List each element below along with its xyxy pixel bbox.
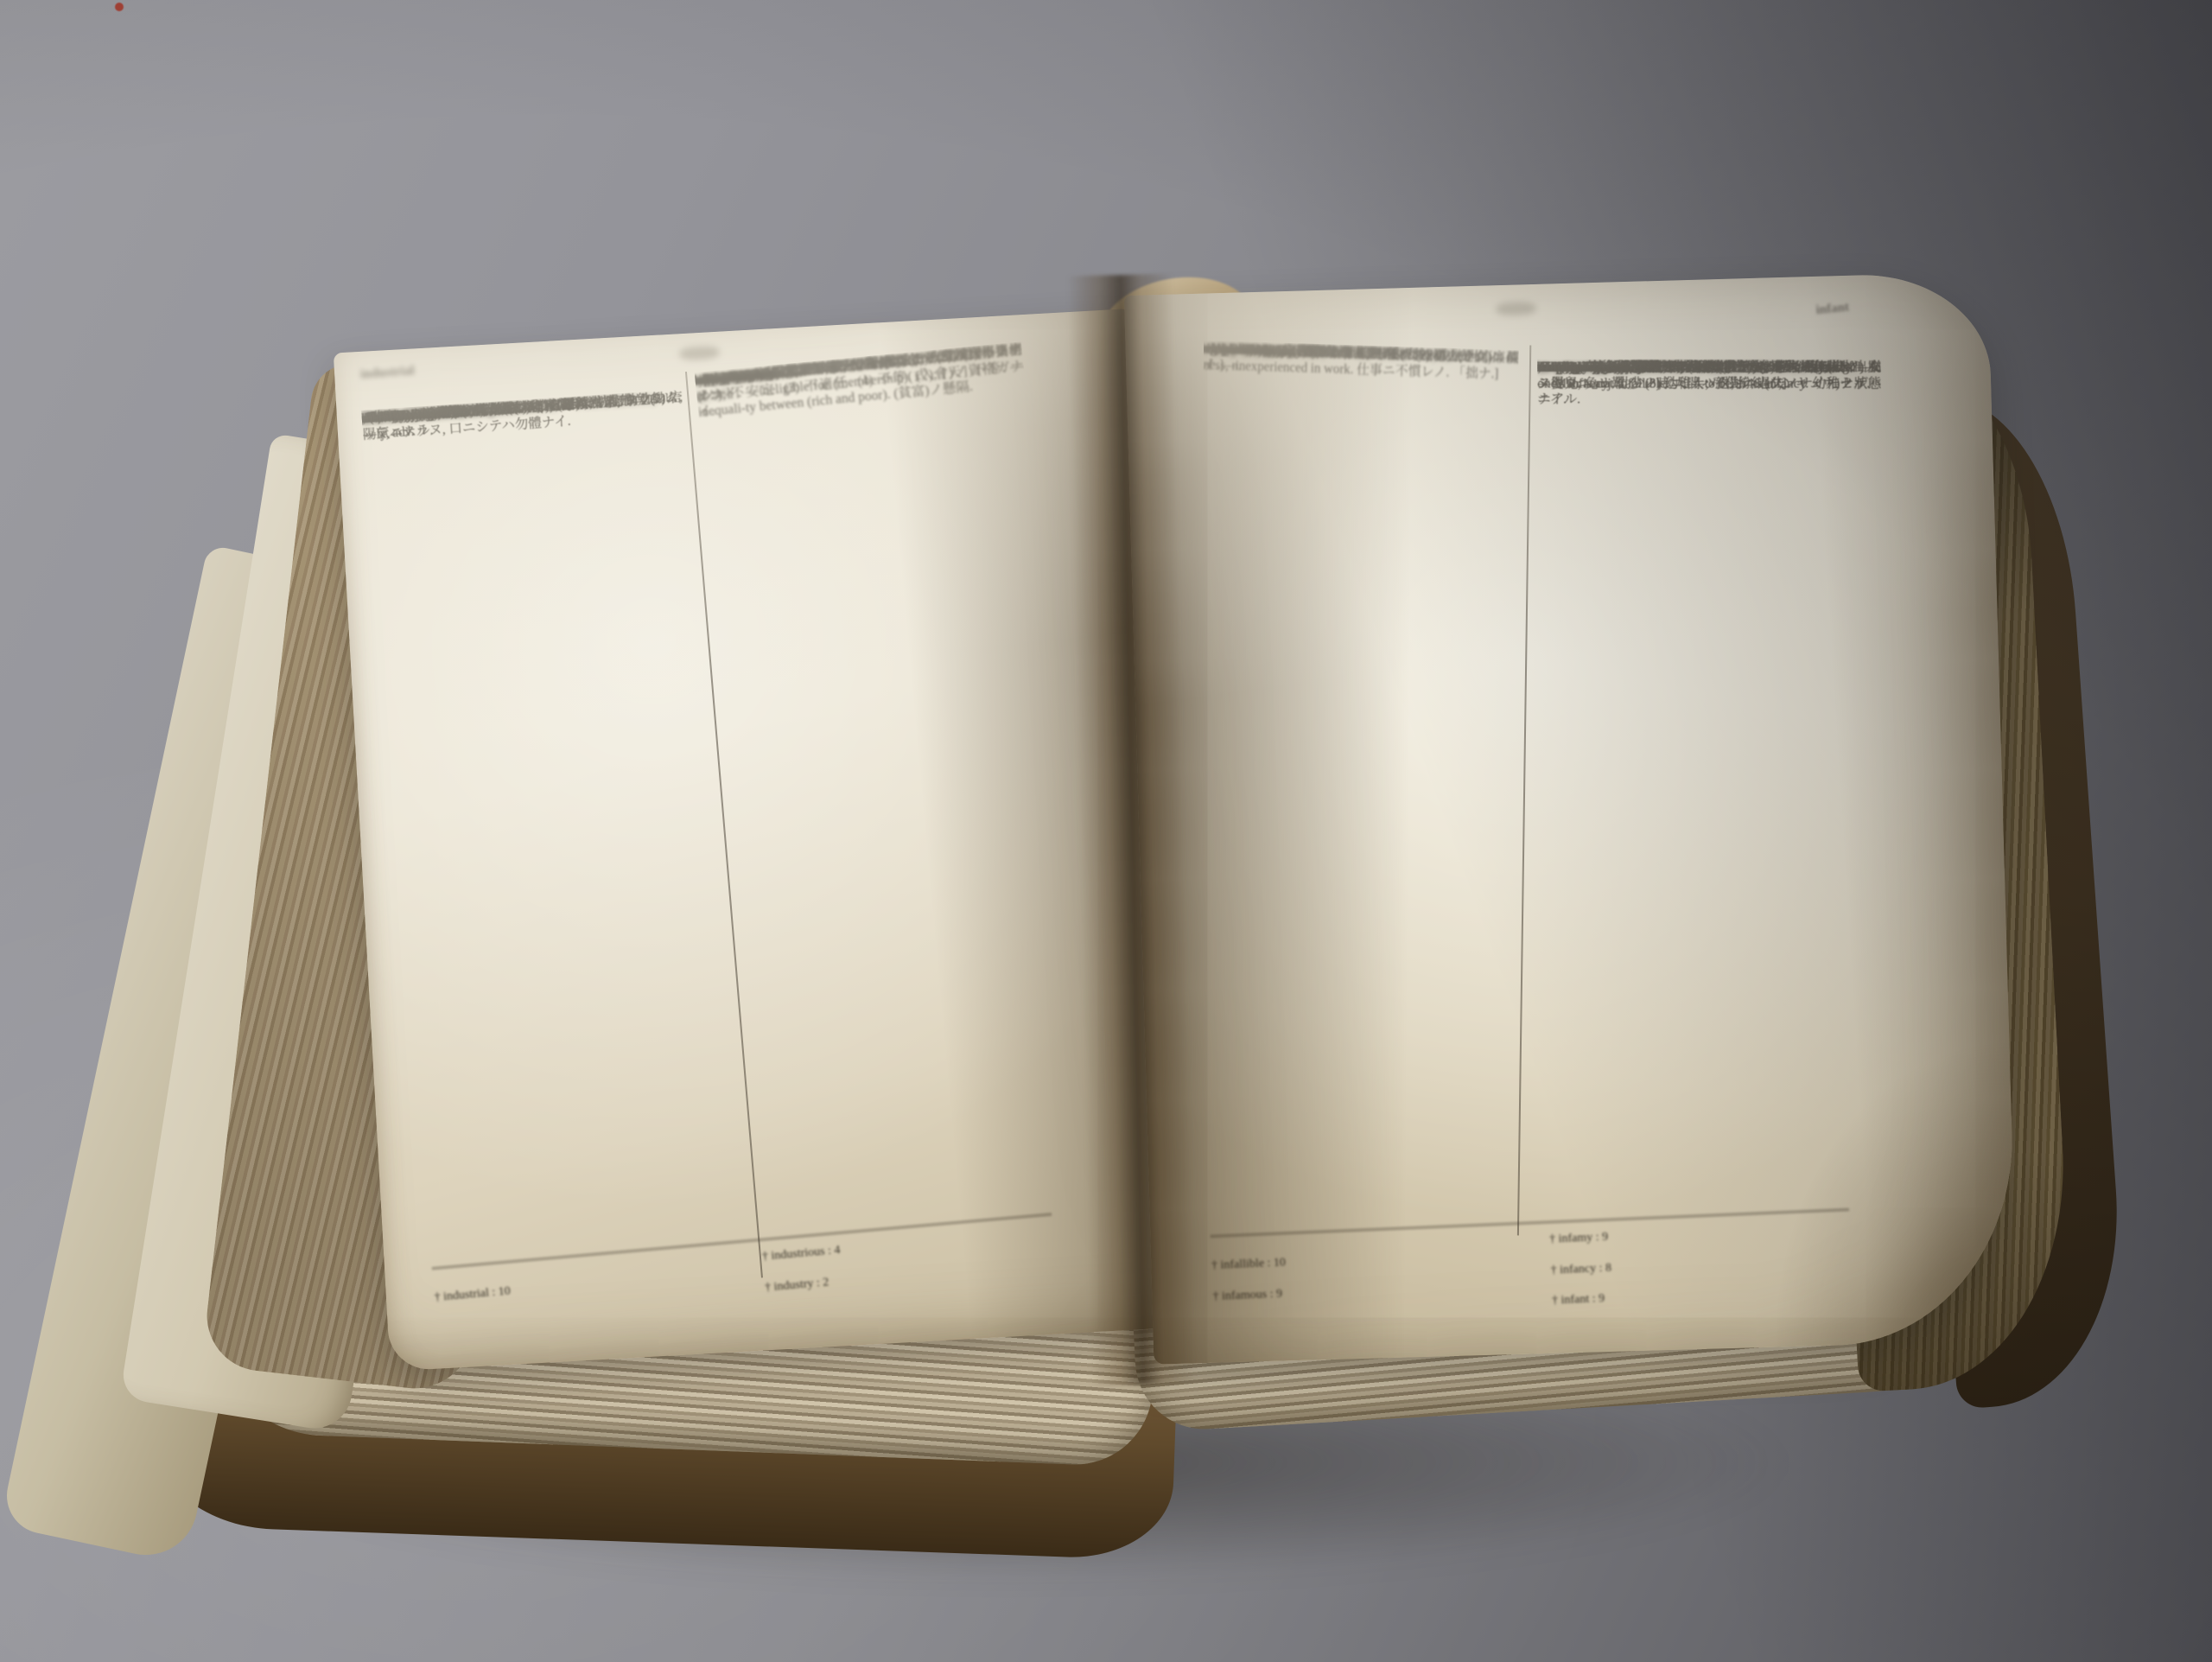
footnote-item: † infamy : 9	[1549, 1218, 1851, 1249]
sharp-text-zone: in-el'i-gi-bil'i-ty (i,nelidʒə'biliti), …	[695, 342, 1021, 373]
left-page: industrial …… (2) 工業ノ, 產業ノ.—industrial i…	[334, 309, 1184, 1372]
red-dust-speck	[115, 3, 124, 11]
footnote-item: † infant : 9	[1552, 1279, 1853, 1310]
right-guide-word: infant	[1815, 300, 1850, 318]
right-page-column-1: in-er'tia (i'nə:ʃjə), n. ……in'es-cap'a-b…	[1175, 341, 1519, 1256]
page-number-smudge	[679, 346, 720, 361]
page-number-smudge	[1496, 302, 1535, 315]
right-page-column-2: in'ex-plic'a-ble (,inik'splikəbl), adj. …	[1537, 360, 1881, 1227]
left-page-column-2: in'ef-fec'tu-al (,ini'fektjuəl), adj. ………	[695, 341, 1107, 1272]
footnote-item: † infallible : 10	[1211, 1244, 1513, 1275]
left-guide-word: industrial	[360, 364, 416, 383]
footnote-item: † infamous : 9	[1212, 1275, 1514, 1306]
sharp-text-zone: in-dus'tri-al-i-za'tion (in,dʌstriəlai'z…	[361, 390, 682, 411]
photo-open-dictionary: industrial …… (2) 工業ノ, 產業ノ.—industrial i…	[0, 0, 2212, 1662]
right-page: infant in-er'tia (i'nə:ʃjə), n. ……in'es-…	[1124, 271, 2018, 1364]
column-rule	[1517, 346, 1531, 1236]
footnote-item: † industrial : 10	[434, 1264, 727, 1308]
left-page-column-1: …… (2) 工業ノ, 產業ノ.—industrial insurance, 簡…	[361, 389, 741, 1293]
footnote-item: † infancy : 8	[1550, 1249, 1852, 1280]
sharp-text-zone: in'ex-haust'i-bil'i-ty ('inig,zɔ:stə'bil…	[1204, 341, 1519, 351]
